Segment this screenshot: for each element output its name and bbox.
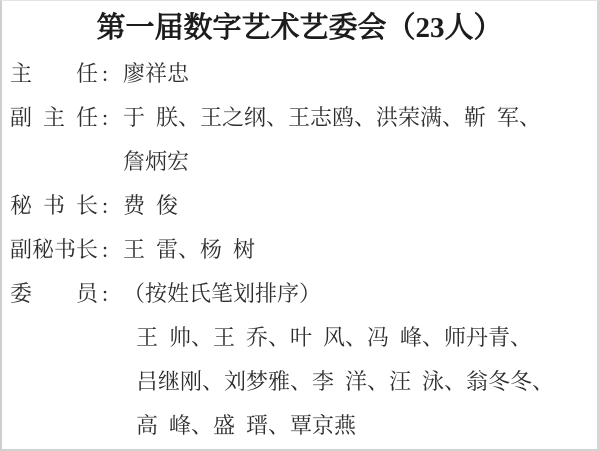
text-line: 詹炳宏	[123, 140, 597, 184]
vice-chairmen-names: 于 朕、王之纲、王志鸥、洪荣满、靳 军、詹炳宏	[123, 96, 597, 184]
text-line: 吕继刚、刘梦雅、李 洋、汪 泳、翁冬冬、	[123, 360, 597, 404]
text-line: 高 峰、盛 瑨、覃京燕	[123, 404, 597, 448]
chairman-names: 廖祥忠	[123, 52, 597, 96]
text-line: 王 帅、王 乔、叶 风、冯 峰、师丹青、	[123, 316, 597, 360]
row-secretary-general: 秘书长 : 费 俊	[2, 184, 597, 228]
row-chairman: 主任 : 廖祥忠	[2, 52, 597, 96]
vice-chairmen-colon: :	[98, 96, 123, 140]
members-label: 委员	[10, 272, 98, 316]
deputy-secretaries-names: 王 雷、杨 树	[123, 228, 597, 272]
chairman-colon: :	[98, 52, 123, 96]
deputy-secretaries-colon: :	[98, 228, 123, 272]
secretary-general-colon: :	[98, 184, 123, 228]
members-names: （按姓氏笔划排序）王 帅、王 乔、叶 风、冯 峰、师丹青、吕继刚、刘梦雅、李 洋…	[123, 272, 597, 448]
vice-chairmen-label: 副主任	[10, 96, 98, 140]
text-line: 王 雷、杨 树	[123, 228, 597, 272]
deputy-secretaries-label: 副秘书长	[10, 228, 98, 272]
text-line: 于 朕、王之纲、王志鸥、洪荣满、靳 军、	[123, 96, 597, 140]
secretary-general-label: 秘书长	[10, 184, 98, 228]
text-line: 费 俊	[123, 184, 597, 228]
text-line: 廖祥忠	[123, 52, 597, 96]
row-members: 委员 : （按姓氏笔划排序）王 帅、王 乔、叶 风、冯 峰、师丹青、吕继刚、刘梦…	[2, 272, 597, 448]
row-vice-chairmen: 副主任 : 于 朕、王之纲、王志鸥、洪荣满、靳 军、詹炳宏	[2, 96, 597, 184]
document-page: 第一届数字艺术艺委会（23人） 主任 : 廖祥忠 副主任 : 于 朕、王之纲、王…	[0, 0, 600, 451]
text-line: （按姓氏笔划排序）	[123, 272, 597, 316]
chairman-label: 主任	[10, 52, 98, 96]
row-deputy-secretaries: 副秘书长 : 王 雷、杨 树	[2, 228, 597, 272]
document-title: 第一届数字艺术艺委会（23人）	[2, 1, 597, 47]
members-colon: :	[98, 272, 123, 316]
secretary-general-names: 费 俊	[123, 184, 597, 228]
